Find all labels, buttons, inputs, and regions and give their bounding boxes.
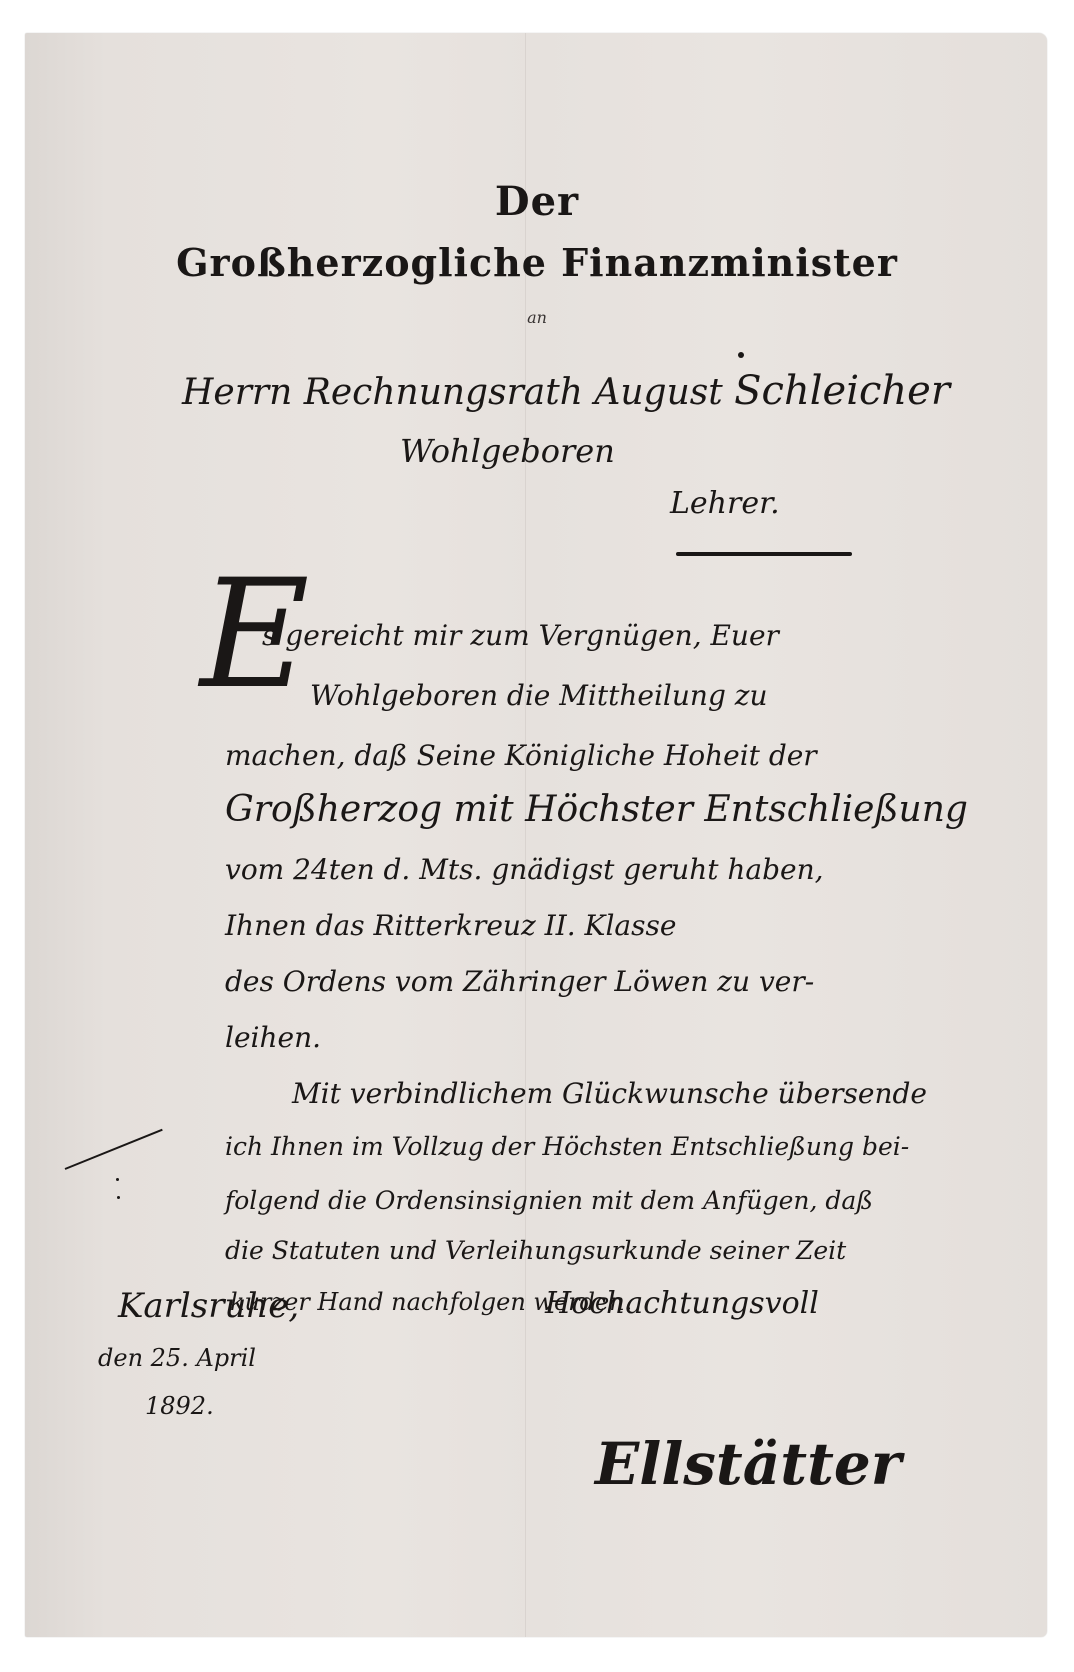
body-line: Ihnen das Ritterkreuz II. Klasse [225,912,676,940]
body-line: machen, daß Seine Königliche Hoheit der [225,742,817,770]
body-line: vom 24ten d. Mts. gnädigst geruht haben, [225,856,824,884]
body-line: ich Ihnen im Vollzug der Höchsten Entsch… [225,1134,909,1159]
body-line: des Ordens vom Zähringer Löwen zu ver- [225,968,814,996]
place-name: Karlsruhe, [118,1286,299,1326]
body-line: Wohlgeboren die Mittheilung zu [310,682,768,710]
body-line: Mit verbindlichem Glückwunsche übersende [292,1080,927,1108]
body-line: leihen. [225,1024,321,1052]
addressee-surname: Schleicher [734,368,950,414]
header-title: Großherzogliche Finanzminister [0,240,1074,285]
closing-salutation: Hochachtungsvoll [545,1286,819,1321]
margin-mark-dot [116,1178,119,1181]
ink-dot [738,352,744,358]
addressee-line: Herrn Rechnungsrath August Schleicher [182,368,950,414]
addressee-place: Lehrer. [670,486,780,521]
header-an: an [0,308,1074,327]
header-der: Der [0,178,1074,225]
addressee-honorific: Wohlgeboren [400,432,615,470]
address-underline [676,552,852,556]
body-line-emphasis: Großherzog mit Höchster Entschließung [225,792,968,828]
body-line: die Statuten und Verleihungsurkunde sein… [225,1238,846,1263]
date-line: den 25. April [98,1344,256,1372]
body-line: folgend die Ordensinsignien mit dem Anfü… [225,1188,873,1213]
signature: Ellstätter [595,1430,901,1498]
addressee-title-name: Herrn Rechnungsrath August [182,372,723,413]
margin-mark-dot [117,1196,120,1199]
body-line: s gereicht mir zum Vergnügen, Euer [262,622,779,650]
date-year: 1892. [145,1392,214,1420]
